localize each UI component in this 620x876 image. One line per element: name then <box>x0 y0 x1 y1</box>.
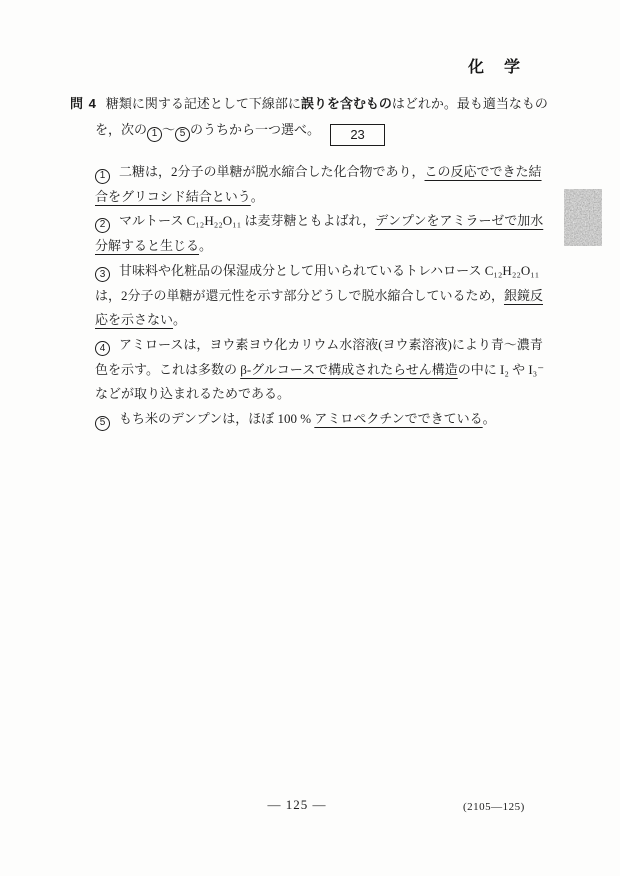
circled-number-icon: 3 <box>95 267 110 282</box>
circled-number-icon: 5 <box>95 416 110 431</box>
options-list: 1二糖は，2分子の単糖が脱水縮合した化合物であり，この反応でできた結合をグリコシ… <box>95 160 548 432</box>
scan-noise-artifact <box>564 189 602 246</box>
option-item-3: 3甘味料や化粧品の保湿成分として用いられているトレハロース C₁₂H₂₂O₁₁ … <box>95 259 548 333</box>
underlined-text: β-グルコースで構成されたらせん構造 <box>240 362 458 377</box>
document-code: (2105—125) <box>463 801 525 813</box>
option-text: 。 <box>483 411 496 426</box>
option-text: 。 <box>173 312 186 327</box>
question-label: 問 4 <box>70 96 97 111</box>
circled-number-icon: 5 <box>175 127 190 142</box>
answer-number-box: 23 <box>330 124 385 146</box>
circled-number-icon: 1 <box>147 127 162 142</box>
option-text: 二糖は，2分子の単糖が脱水縮合した化合物であり， <box>119 164 425 179</box>
document-page: 化 学 問 4糖類に関する記述として下線部に誤りを含むものはどれか。最も適当なも… <box>0 0 620 876</box>
option-item-1: 1二糖は，2分子の単糖が脱水縮合した化合物であり，この反応でできた結合をグリコシ… <box>95 160 548 209</box>
circled-number-icon: 2 <box>95 218 110 233</box>
question-text-part: 糖類に関する記述として下線部に <box>106 96 301 111</box>
question-text-part: ～ <box>162 122 175 137</box>
option-text: 。 <box>251 189 264 204</box>
circled-number-icon: 1 <box>95 169 110 184</box>
underlined-text: アミロペクチンでできている <box>314 411 482 426</box>
option-text: 。 <box>199 238 212 253</box>
option-text: もち米のデンプンは，ほぼ 100 % <box>119 411 314 426</box>
subject-title: 化 学 <box>468 54 522 77</box>
option-text: 甘味料や化粧品の保湿成分として用いられているトレハロース C₁₂H₂₂O₁₁ は… <box>95 263 539 303</box>
option-text: マルトース C₁₂H₂₂O₁₁ は麦芽糖ともよばれ， <box>119 213 375 228</box>
question-text-part: のうちから一つ選べ。 <box>190 122 320 137</box>
circled-number-icon: 4 <box>95 341 110 356</box>
option-item-4: 4アミロースは，ヨウ素ヨウ化カリウム水溶液(ヨウ素溶液)により青～濃青色を示す。… <box>95 333 548 407</box>
option-item-2: 2マルトース C₁₂H₂₂O₁₁ は麦芽糖ともよばれ，デンプンをアミラーゼで加水… <box>95 209 548 258</box>
option-item-5: 5もち米のデンプンは，ほぼ 100 % アミロペクチンでできている。 <box>95 407 548 432</box>
question-stem: 問 4糖類に関する記述として下線部に誤りを含むものはどれか。最も適当なものを，次… <box>70 91 548 146</box>
question-emphasis-text: 誤りを含むもの <box>301 96 392 111</box>
